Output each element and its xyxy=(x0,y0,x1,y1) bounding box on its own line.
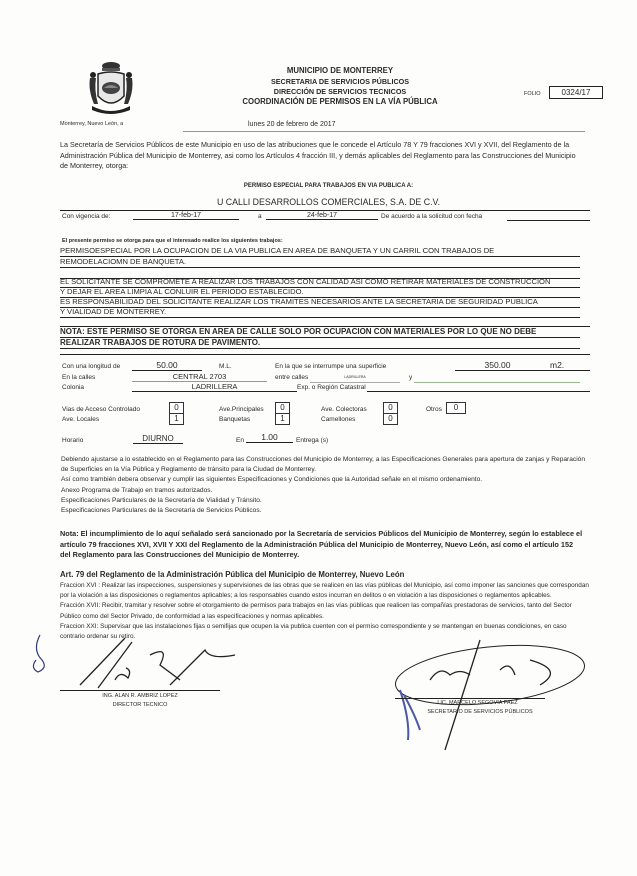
and-label: y xyxy=(409,374,412,381)
intro-paragraph: La Secretaría de Servicios Públicos de e… xyxy=(60,140,580,172)
note-bottom-rule xyxy=(60,354,590,355)
secretariat-title: SECRETARIA DE SERVICIOS PÚBLICOS xyxy=(190,77,490,87)
ave-colectoras-label: Ave. Colectoras xyxy=(321,406,367,413)
otros-label: Otros xyxy=(426,406,442,413)
banquetas-value: 1 xyxy=(275,413,290,425)
left-signer-name: ING. ALAN R. AMBRIZ LOPEZ xyxy=(70,693,210,699)
horario-value: DIURNO xyxy=(133,434,183,444)
date-underline xyxy=(183,131,585,132)
surface-value: 350.00 xyxy=(455,360,590,371)
works-label: El presente permiso se otorga para que e… xyxy=(62,238,283,244)
catastral-label: Exp. o Región Catastral xyxy=(297,384,366,391)
between-label: entre calles xyxy=(275,374,308,381)
to-label: a xyxy=(258,213,262,220)
ave-locales-value: 1 xyxy=(169,413,184,425)
left-signer-title: DIRECTOR TECNICO xyxy=(70,702,210,708)
street-label: En la calles xyxy=(62,374,95,381)
valid-to: 24-feb-17 xyxy=(266,212,378,220)
condition-item: Debiendo ajustarse a lo establecido en e… xyxy=(61,455,586,475)
conditions-block: Debiendo ajustarse a lo establecido en e… xyxy=(61,455,586,516)
length-label: Con una longitud de xyxy=(62,363,120,370)
grantee-underline xyxy=(60,210,590,211)
condition-item: Especificaciones Particulares de la Secr… xyxy=(61,506,586,516)
works-line-1: PERMISOESPECIAL POR LA OCUPACION DE LA V… xyxy=(60,246,580,257)
condition-item: Especificaciones Particulares de la Secr… xyxy=(61,496,586,506)
banquetas-label: Banquetas xyxy=(219,416,250,423)
horario-label: Horario xyxy=(62,437,83,444)
otros-value: 0 xyxy=(446,402,466,414)
ave-locales-label: Ave. Locales xyxy=(62,416,99,423)
right-signature-icon xyxy=(390,640,590,750)
en-label: En xyxy=(236,437,244,444)
coat-of-arms-icon xyxy=(86,60,136,118)
sanction-note: Nota: El incumplimiento de lo aquí señal… xyxy=(60,529,585,561)
length-value: 50.00 xyxy=(132,360,202,371)
coat-of-arms-logo xyxy=(86,60,136,118)
municipality-title: MUNICIPIO DE MONTERREY xyxy=(190,66,490,76)
condition-item: Anexo Programa de Trabajo en tramos auto… xyxy=(61,486,586,496)
folio-box: 0324/17 xyxy=(549,86,603,99)
ave-principales-label: Ave.Principales xyxy=(219,406,264,413)
permit-title: PERMISO ESPECIAL PARA TRABAJOS EN VIA PU… xyxy=(0,183,637,189)
article-title: Art. 79 del Reglamento de la Administrac… xyxy=(60,570,404,579)
camellones-value: 0 xyxy=(383,413,398,425)
request-label: De acuerdo a la solicitud con fecha xyxy=(381,213,482,220)
grantee-name: U CALLI DESARROLLOS COMERCIALES, S.A. DE… xyxy=(0,197,637,207)
left-signature-line xyxy=(60,690,220,691)
length-unit: M.L. xyxy=(219,363,232,370)
colonia-label: Colonia xyxy=(62,384,84,391)
works-line-2: REMODELACIOMN DE BANQUETA. xyxy=(60,257,580,268)
valid-from: 17-feb-17 xyxy=(133,212,239,220)
fraction-item: Fraccion XVI : Realizar las inspecciones… xyxy=(60,581,590,601)
fraction-item: Fracción XVII: Recibir, tramitar y resol… xyxy=(60,601,590,621)
surface-unit: m2. xyxy=(550,360,564,370)
validity-label: Con vigencia de: xyxy=(62,213,110,220)
colonia-value: LADRILLERA xyxy=(132,382,297,392)
vias-acceso-label: Vias de Acceso Controlado xyxy=(62,406,140,413)
deliveries-label: Entrega (s) xyxy=(296,437,328,444)
folio-label: FOLIO xyxy=(524,91,541,97)
camellones-label: Camellones xyxy=(321,416,355,423)
left-signature-icon xyxy=(20,630,240,690)
right-signer-name: LIC. MARCELO SEGOVIA PAEZ xyxy=(420,700,535,706)
right-signer-title: SECRETARIO DE SERVICIOS PÚBLICOS xyxy=(415,709,545,715)
issue-date: lunes 20 de febrero de 2017 xyxy=(248,121,336,128)
street-value: CENTRAL 2703 xyxy=(132,372,267,382)
note-line-2: REALIZAR TRABAJOS DE ROTURA DE PAVIMENTO… xyxy=(60,337,580,349)
catastral-value xyxy=(367,382,590,392)
request-date xyxy=(507,212,590,221)
works-line-7: Y VIALIDAD DE MONTERREY. xyxy=(60,307,580,318)
direction-title: DIRECCIÓN DE SERVICIOS TECNICOS xyxy=(190,87,490,97)
surface-label: En la que se interrumpe una superficie xyxy=(275,363,386,370)
condition-item: Así como trambién debera observar y cump… xyxy=(61,475,586,485)
place-label: Monterrey, Nuevo León, a xyxy=(60,121,123,127)
right-signature-line xyxy=(395,698,545,699)
coordination-title: COORDINACIÓN DE PERMISOS EN LA VÍA PÚBLI… xyxy=(190,97,490,107)
deliveries-value: 1.00 xyxy=(246,432,293,443)
